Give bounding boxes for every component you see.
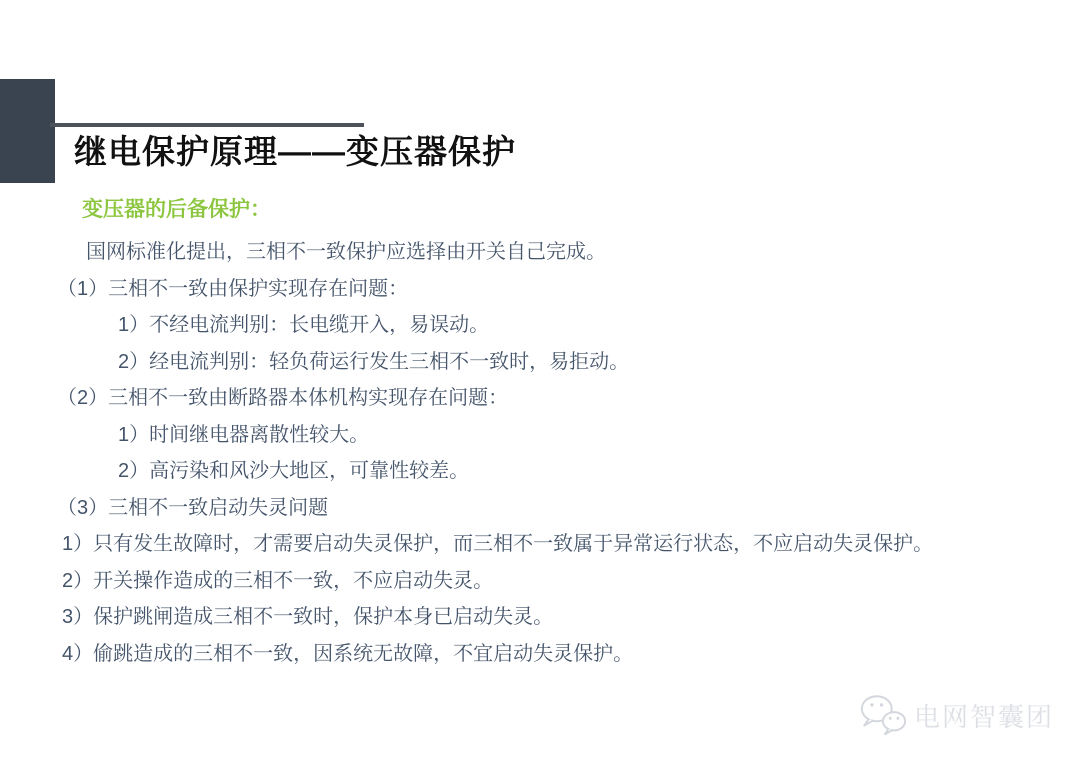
body-line: （1）三相不一致由保护实现存在问题： xyxy=(57,271,1052,308)
slide-title: 继电保护原理——变压器保护 xyxy=(74,126,516,173)
body-line: 3）保护跳闸造成三相不一致时，保护本身已启动失灵。 xyxy=(62,599,1052,636)
wechat-icon xyxy=(858,692,908,738)
body-line: 1）不经电流判别：长电缆开入，易误动。 xyxy=(118,307,1052,344)
body-line: 1）时间继电器离散性较大。 xyxy=(118,417,1052,454)
body-line: （3）三相不一致启动失灵问题 xyxy=(57,490,1052,527)
body-line: 2）高污染和风沙大地区，可靠性较差。 xyxy=(118,453,1052,490)
body-line: 4）偷跳造成的三相不一致，因系统无故障，不宜启动失灵保护。 xyxy=(62,636,1052,673)
body-line: 1）只有发生故障时，才需要启动失灵保护，而三相不一致属于异常运行状态，不应启动失… xyxy=(62,526,1052,563)
body-line: 国网标准化提出，三相不一致保护应选择由开关自己完成。 xyxy=(86,234,1052,271)
brand-logo: 电网智囊团 xyxy=(858,692,1054,738)
corner-accent-block xyxy=(0,79,55,183)
body-line: （2）三相不一致由断路器本体机构实现存在问题： xyxy=(57,380,1052,417)
slide-subtitle: 变压器的后备保护： xyxy=(82,193,271,223)
body-line: 2）开关操作造成的三相不一致，不应启动失灵。 xyxy=(62,563,1052,600)
brand-name: 电网智囊团 xyxy=(914,697,1054,734)
presentation-slide: 继电保护原理——变压器保护 变压器的后备保护： 国网标准化提出，三相不一致保护应… xyxy=(0,0,1080,764)
body-line: 2）经电流判别：轻负荷运行发生三相不一致时，易拒动。 xyxy=(118,344,1052,381)
slide-body: 国网标准化提出，三相不一致保护应选择由开关自己完成。 （1）三相不一致由保护实现… xyxy=(52,234,1052,672)
